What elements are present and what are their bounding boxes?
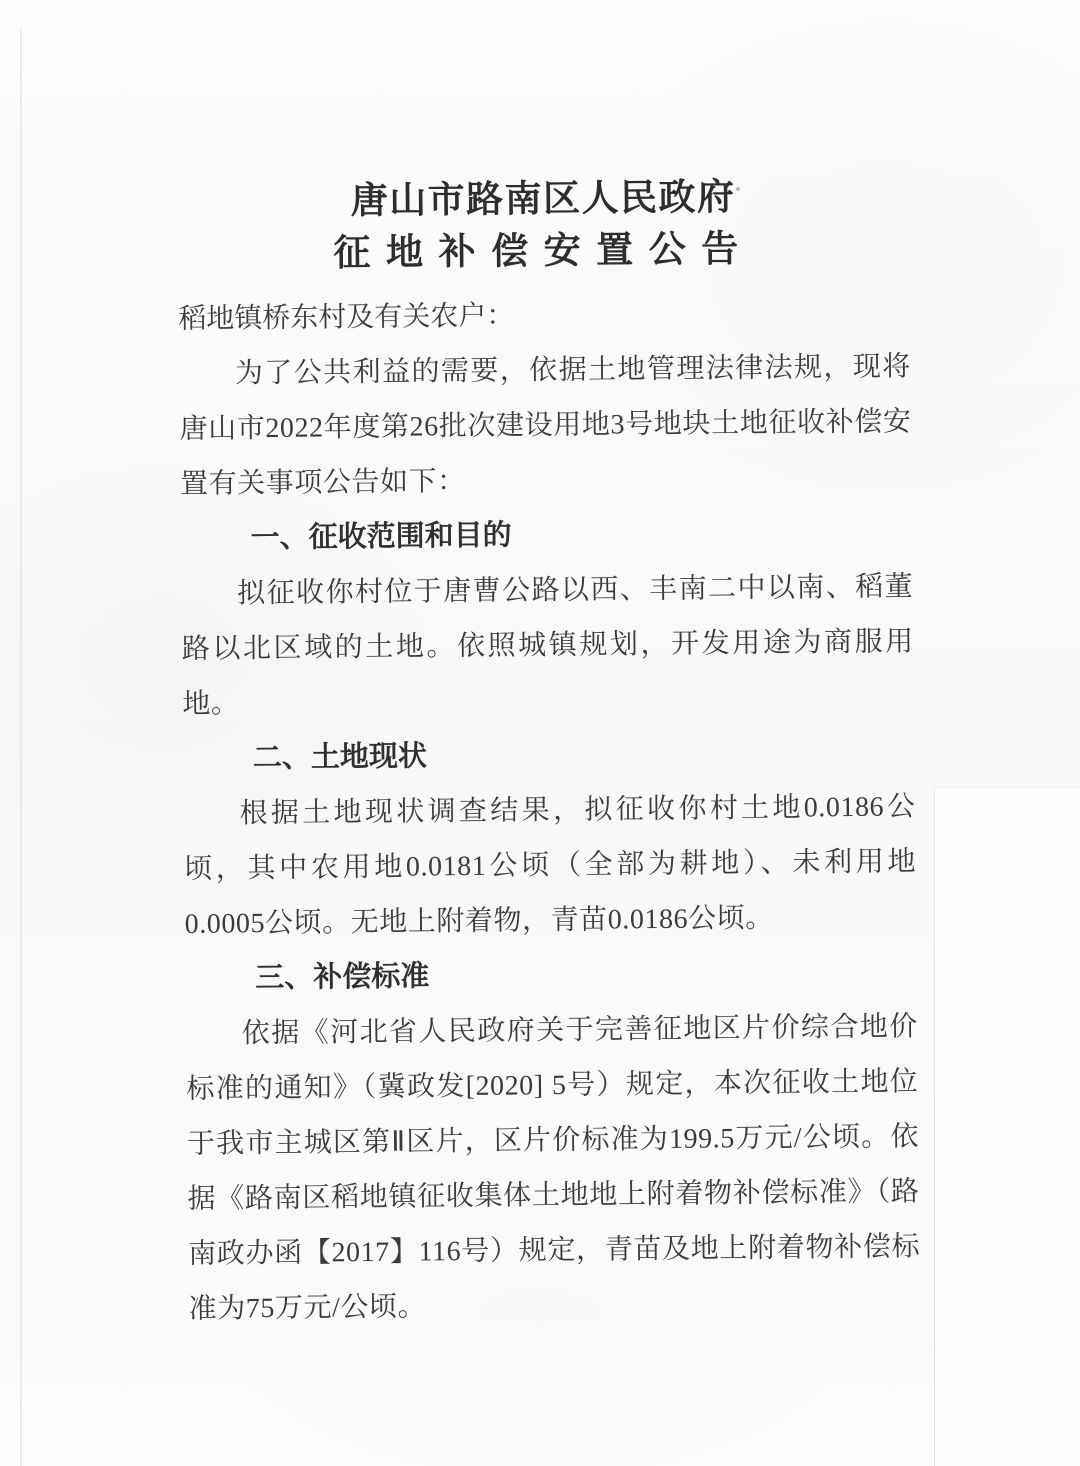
section-1-body: 拟征收你村位于唐曹公路以西、丰南二中以南、稻董路以北区域的土地。依照城镇规划，开… <box>181 559 915 732</box>
salutation-line: 稻地镇桥东村及有关农户： <box>178 284 911 347</box>
section-2-body: 根据土地现状调查结果，拟征收你村土地0.0186公顷，其中农用地0.0181公顷… <box>183 779 917 952</box>
document-title-line-1: 唐山市路南区人民政府 <box>177 172 909 226</box>
section-1-heading: 一、征收范围和目的 <box>180 504 913 567</box>
scan-left-edge-line <box>20 30 22 1466</box>
scan-bright-patch <box>934 787 1080 1466</box>
section-2-heading: 二、土地现状 <box>183 724 916 787</box>
document-title-line-2: 征地补偿安置公告 <box>177 224 909 278</box>
section-3-body: 依据《河北省人民政府关于完善征地区片价综合地价标准的通知》（冀政发[2020] … <box>186 999 921 1337</box>
section-3-heading: 三、补偿标准 <box>185 944 918 1007</box>
document-content: 唐山市路南区人民政府 征地补偿安置公告 稻地镇桥东村及有关农户： 为了公共利益的… <box>175 0 921 1337</box>
scanned-document-page: 唐山市路南区人民政府 征地补偿安置公告 稻地镇桥东村及有关农户： 为了公共利益的… <box>0 0 1080 1466</box>
intro-paragraph: 为了公共利益的需要，依据土地管理法律法规，现将唐山市2022年度第26批次建设用… <box>179 339 913 512</box>
